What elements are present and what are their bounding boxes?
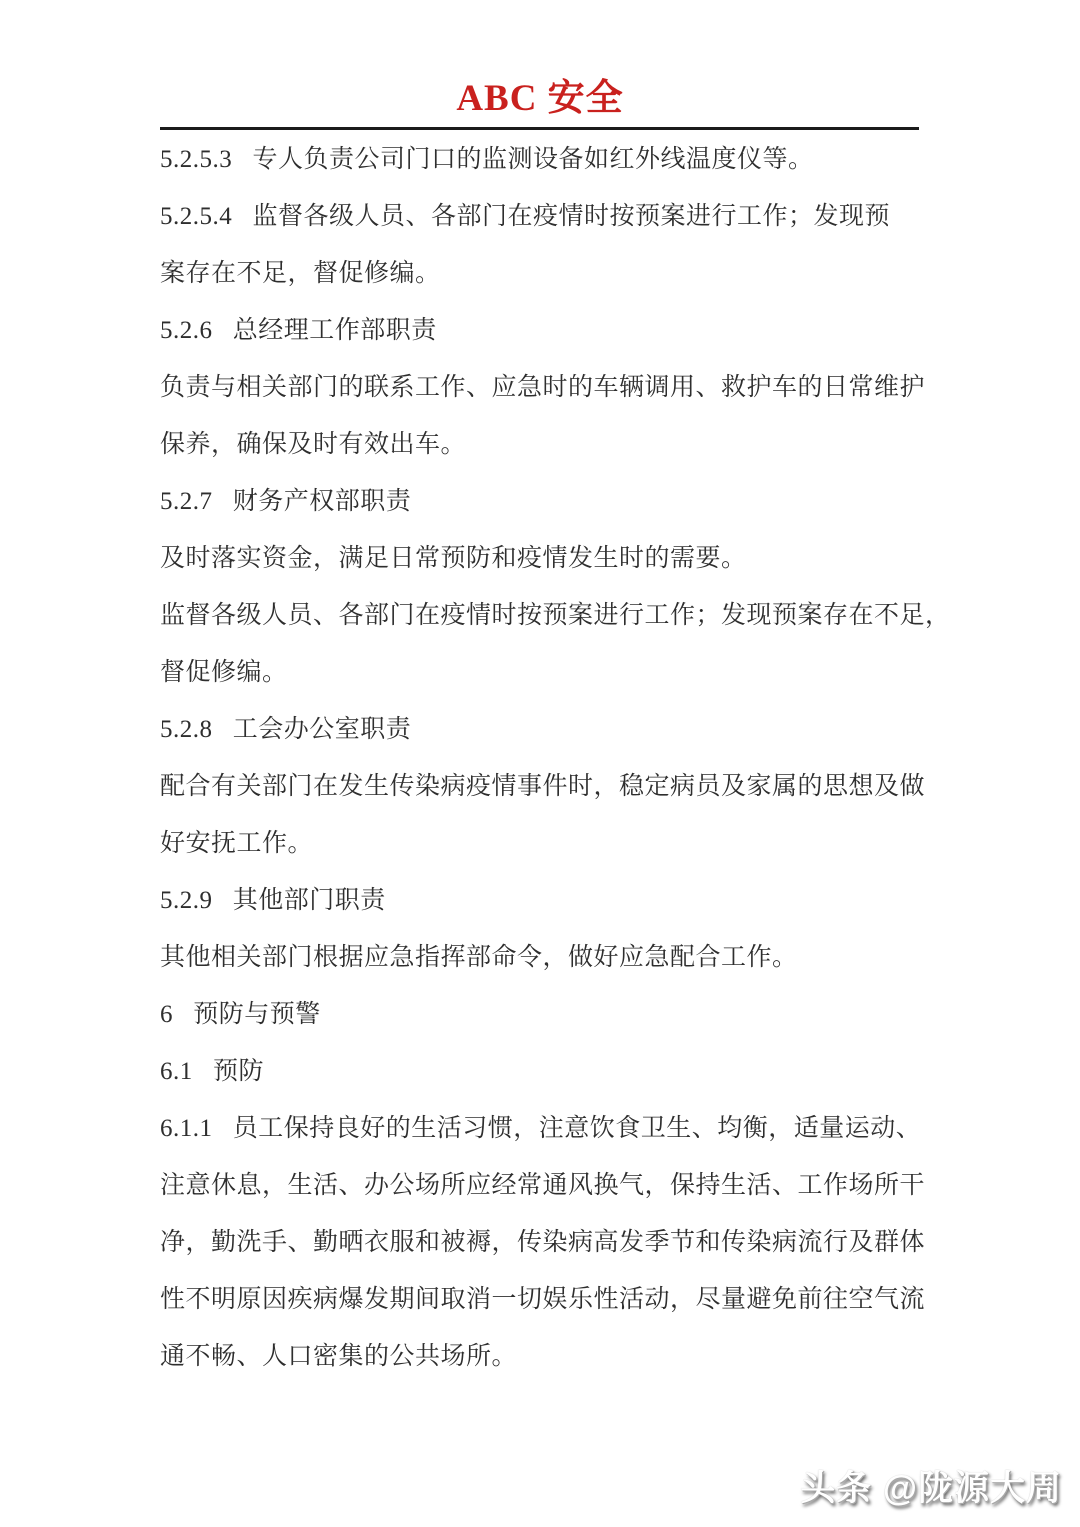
text-line: 其他相关部门根据应急指挥部命令，做好应急配合工作。 (160, 929, 930, 986)
text-line: 5.2.5.3 专人负责公司门口的监测设备如红外线温度仪等。 (160, 131, 930, 188)
text-line: 5.2.9 其他部门职责 (160, 872, 930, 929)
text-line: 负责与相关部门的联系工作、应急时的车辆调用、救护车的日常维护 (160, 359, 930, 416)
text-line: 5.2.5.4 监督各级人员、各部门在疫情时按预案进行工作；发现预 (160, 188, 930, 245)
document-title: ABC 安全 (160, 74, 920, 124)
text-line: 督促修编。 (160, 644, 930, 701)
text-line: 性不明原因疾病爆发期间取消一切娱乐性活动，尽量避免前往空气流 (160, 1271, 930, 1328)
header-divider (160, 127, 919, 130)
text-line: 6 预防与预警 (160, 986, 930, 1043)
text-line: 6.1.1 员工保持良好的生活习惯，注意饮食卫生、均衡，适量运动、 (160, 1100, 930, 1157)
text-line: 5.2.8 工会办公室职责 (160, 701, 930, 758)
document-page: ABC 安全 5.2.5.3 专人负责公司门口的监测设备如红外线温度仪等。5.2… (0, 0, 1080, 1527)
text-line: 通不畅、人口密集的公共场所。 (160, 1328, 930, 1385)
text-line: 5.2.7 财务产权部职责 (160, 473, 930, 530)
watermark: 头条 @陇源大周 (800, 1461, 1062, 1511)
document-body: 5.2.5.3 专人负责公司门口的监测设备如红外线温度仪等。5.2.5.4 监督… (160, 131, 930, 1385)
text-line: 监督各级人员、各部门在疫情时按预案进行工作；发现预案存在不足， (160, 587, 930, 644)
text-line: 5.2.6 总经理工作部职责 (160, 302, 930, 359)
text-line: 保养，确保及时有效出车。 (160, 416, 930, 473)
text-line: 配合有关部门在发生传染病疫情事件时，稳定病员及家属的思想及做 (160, 758, 930, 815)
text-line: 净，勤洗手、勤晒衣服和被褥，传染病高发季节和传染病流行及群体 (160, 1214, 930, 1271)
text-line: 及时落实资金，满足日常预防和疫情发生时的需要。 (160, 530, 930, 587)
text-line: 6.1 预防 (160, 1043, 930, 1100)
text-line: 案存在不足，督促修编。 (160, 245, 930, 302)
text-line: 注意休息，生活、办公场所应经常通风换气，保持生活、工作场所干 (160, 1157, 930, 1214)
text-line: 好安抚工作。 (160, 815, 930, 872)
